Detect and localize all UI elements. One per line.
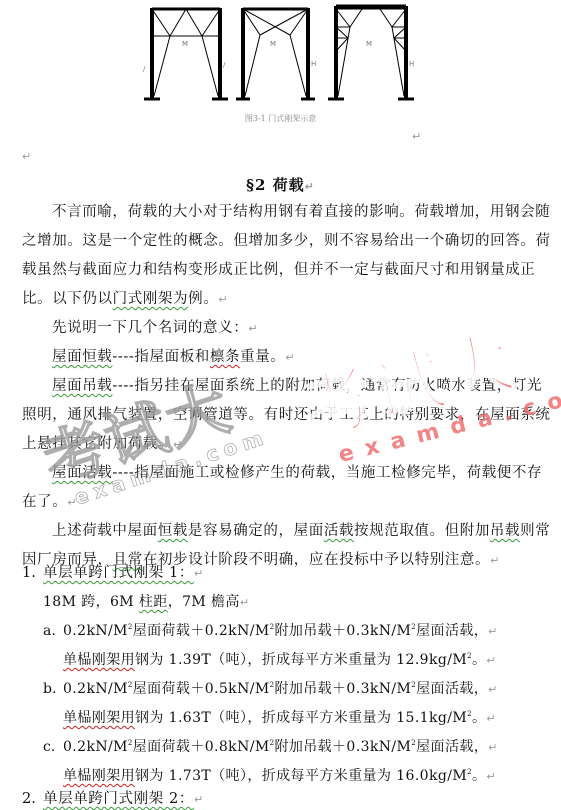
- def-live-load-line-2: 在了。↵: [22, 492, 484, 512]
- case-a-loads: 0.2kN/M2屋面荷载＋0.2kN/M2附加吊载＋0.3kN/M2屋面活载，↵: [63, 621, 498, 642]
- case-a-letter: a.: [43, 621, 56, 641]
- term-live-load: 屋面活载: [52, 465, 112, 481]
- case-c-letter: c.: [43, 737, 55, 757]
- summary-line-1: 上述荷载中屋面恒载是容易确定的，屋面活载按规范取值。但附加吊载则常: [52, 521, 484, 541]
- list-item-2-title: 单层单跨门式刚架 2：↵: [43, 789, 204, 810]
- svg-text:H: H: [409, 60, 414, 68]
- list-item-1-title: 单层单跨门式刚架 1：↵: [43, 563, 204, 584]
- case-b-result: 单榀刚架用钢为 1.63T（吨），折成每平方米重量为 15.1kg/M2。↵: [63, 708, 496, 729]
- section-title: §2 荷载↵: [0, 174, 561, 195]
- term-hanging-load: 屋面吊载: [52, 378, 112, 394]
- def-hanging-load-line-2: 照明，通风排气装置，空调管道等。有时还由于工艺上的特别要求，在屋面系统: [22, 405, 484, 425]
- intro-line-4: 比。以下仍以门式刚架为例。↵: [22, 289, 484, 309]
- portal-frame-figure: M M M / / H H: [140, 0, 440, 125]
- case-c-loads: 0.2kN/M2屋面荷载＋0.8kN/M2附加吊载＋0.3kN/M2屋面活载，↵: [63, 737, 498, 758]
- figure-caption: 图3-1 门式刚架示意: [0, 113, 561, 124]
- list-number-1: 1.: [22, 563, 36, 583]
- grammar-flag: 门式刚架为: [113, 291, 189, 307]
- frame-3-label: M: [366, 40, 372, 48]
- def-hanging-load-line-1: 屋面吊载----指另挂在屋面系统上的附加荷载，通常有防火喷水装置，灯光: [52, 376, 484, 396]
- paragraph-mark: ↵: [412, 130, 421, 143]
- case-a-result: 单榀刚架用钢为 1.39T（吨），折成每平方米重量为 12.9kg/M2。↵: [63, 650, 496, 671]
- portal-frames-diagram: M M M / / H H: [140, 0, 440, 112]
- svg-text:/: /: [143, 65, 146, 73]
- list-item-1-spec: 18M 跨，6M 柱距，7M 檐高↵: [43, 592, 249, 613]
- paragraph-mark: ↵: [22, 150, 31, 163]
- spelling-flag: 檩条: [210, 349, 240, 365]
- intro-line-2: 之增加。这是一个定性的概念。但增加多少，则不容易给出一个确切的回答。荷: [22, 231, 484, 251]
- list-number-2: 2.: [22, 789, 36, 809]
- frame-1: [144, 8, 228, 99]
- def-hanging-load-line-3: 上悬挂其它附加荷载。↵: [22, 434, 484, 454]
- definitions-lead: 先说明一下几个名词的意义：↵: [52, 318, 484, 338]
- svg-text:H: H: [311, 60, 316, 68]
- frame-2: [236, 8, 315, 99]
- frame-2-label: M: [270, 40, 276, 48]
- intro-line-3: 载虽然与截面应力和结构变形成正比例，但并不一定与截面尺寸和用钢量成正: [22, 260, 484, 280]
- case-b-letter: b.: [43, 679, 56, 699]
- def-dead-load: 屋面恒载----指屋面板和檩条重量。↵: [52, 347, 484, 367]
- frame-3: [328, 6, 414, 99]
- intro-line-1: 不言而喻，荷载的大小对于结构用钢有着直接的影响。荷载增加，用钢会随: [52, 202, 484, 222]
- case-c-result: 单榀刚架用钢为 1.73T（吨），折成每平方米重量为 16.0kg/M2。↵: [63, 766, 496, 787]
- svg-text:/: /: [223, 61, 226, 69]
- frame-1-label: M: [182, 40, 188, 48]
- def-live-load-line-1: 屋面活载----指屋面施工或检修产生的荷载，当施工检修完毕，荷载便不存: [52, 463, 484, 483]
- term-dead-load: 屋面恒载: [52, 349, 112, 365]
- case-b-loads: 0.2kN/M2屋面荷载＋0.5kN/M2附加吊载＋0.3kN/M2屋面活载，↵: [63, 679, 498, 700]
